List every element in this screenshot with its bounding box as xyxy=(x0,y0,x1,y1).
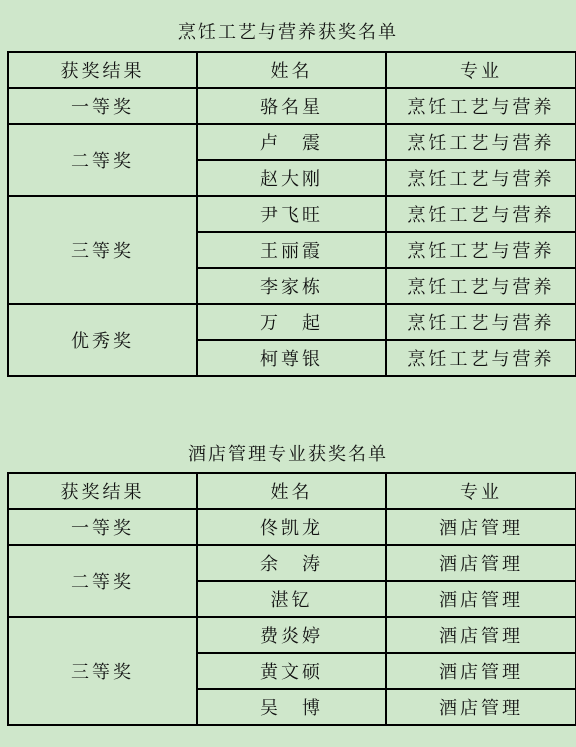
header-major: 专业 xyxy=(386,52,576,88)
major-cell: 烹饪工艺与营养 xyxy=(386,268,576,304)
award-cell: 一等奖 xyxy=(8,88,197,124)
table-header-row: 获奖结果 姓名 专业 xyxy=(8,52,576,88)
header-name: 姓名 xyxy=(197,473,386,509)
award-cell: 三等奖 xyxy=(8,196,197,304)
name-cell: 尹飞旺 xyxy=(197,196,386,232)
award-cell: 一等奖 xyxy=(8,509,197,545)
major-cell: 烹饪工艺与营养 xyxy=(386,160,576,196)
major-cell: 烹饪工艺与营养 xyxy=(386,88,576,124)
award-cell: 三等奖 xyxy=(8,617,197,725)
major-cell: 烹饪工艺与营养 xyxy=(386,196,576,232)
major-cell: 烹饪工艺与营养 xyxy=(386,340,576,376)
major-cell: 酒店管理 xyxy=(386,653,576,689)
major-cell: 酒店管理 xyxy=(386,581,576,617)
name-cell: 湛钇 xyxy=(197,581,386,617)
award-table-hotel: 获奖结果 姓名 专业 一等奖 佟凯龙 酒店管理 二等奖 余 涛 酒店管理 湛钇 … xyxy=(7,472,576,726)
name-cell: 黄文硕 xyxy=(197,653,386,689)
table-title-hotel: 酒店管理专业获奖名单 xyxy=(0,440,576,466)
header-major: 专业 xyxy=(386,473,576,509)
name-cell: 佟凯龙 xyxy=(197,509,386,545)
major-cell: 烹饪工艺与营养 xyxy=(386,304,576,340)
table-header-row: 获奖结果 姓名 专业 xyxy=(8,473,576,509)
major-cell: 烹饪工艺与营养 xyxy=(386,124,576,160)
table-title-cooking: 烹饪工艺与营养获奖名单 xyxy=(0,18,576,44)
name-cell: 卢 震 xyxy=(197,124,386,160)
major-cell: 酒店管理 xyxy=(386,689,576,725)
major-cell: 烹饪工艺与营养 xyxy=(386,232,576,268)
name-cell: 费炎婷 xyxy=(197,617,386,653)
table-row: 二等奖 卢 震 烹饪工艺与营养 xyxy=(8,124,576,160)
table-row: 三等奖 费炎婷 酒店管理 xyxy=(8,617,576,653)
major-cell: 酒店管理 xyxy=(386,617,576,653)
header-award: 获奖结果 xyxy=(8,473,197,509)
award-cell: 优秀奖 xyxy=(8,304,197,376)
name-cell: 余 涛 xyxy=(197,545,386,581)
award-table-cooking: 获奖结果 姓名 专业 一等奖 骆名星 烹饪工艺与营养 二等奖 卢 震 烹饪工艺与… xyxy=(7,51,576,377)
table-row: 三等奖 尹飞旺 烹饪工艺与营养 xyxy=(8,196,576,232)
name-cell: 万 起 xyxy=(197,304,386,340)
table-row: 优秀奖 万 起 烹饪工艺与营养 xyxy=(8,304,576,340)
name-cell: 李家栋 xyxy=(197,268,386,304)
name-cell: 赵大刚 xyxy=(197,160,386,196)
name-cell: 王丽霞 xyxy=(197,232,386,268)
table-row: 二等奖 余 涛 酒店管理 xyxy=(8,545,576,581)
name-cell: 柯尊银 xyxy=(197,340,386,376)
major-cell: 酒店管理 xyxy=(386,545,576,581)
table-row: 一等奖 佟凯龙 酒店管理 xyxy=(8,509,576,545)
header-name: 姓名 xyxy=(197,52,386,88)
award-cell: 二等奖 xyxy=(8,124,197,196)
major-cell: 酒店管理 xyxy=(386,509,576,545)
name-cell: 骆名星 xyxy=(197,88,386,124)
name-cell: 吴 博 xyxy=(197,689,386,725)
award-cell: 二等奖 xyxy=(8,545,197,617)
table-row: 一等奖 骆名星 烹饪工艺与营养 xyxy=(8,88,576,124)
header-award: 获奖结果 xyxy=(8,52,197,88)
